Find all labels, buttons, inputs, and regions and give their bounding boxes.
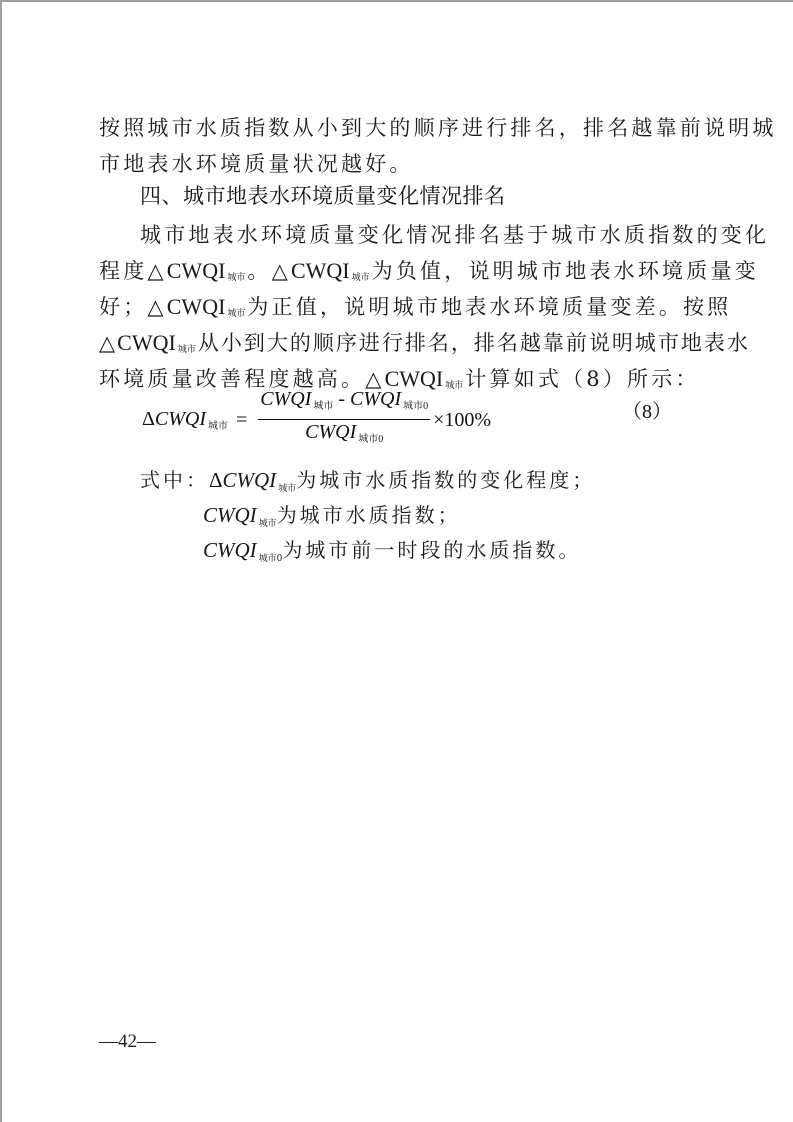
definitions-intro: 式中： (140, 468, 209, 492)
cwqi-variable: CWQI (155, 408, 206, 430)
cwqi-variable: CWQI (203, 538, 257, 562)
text-run: 。△ (247, 259, 291, 283)
cwqi-variable: CWQI (350, 388, 401, 410)
definition-text: 为城市水质指数的变化程度； (296, 468, 595, 492)
equation-number: （8） (622, 395, 672, 424)
cwqi-subscript: 城市 (208, 421, 228, 432)
definition-line-1: 式中：ΔCWQI城市为城市水质指数的变化程度； (140, 464, 595, 494)
delta-symbol: Δ (209, 468, 223, 492)
definition-text: 为城市水质指数； (277, 503, 461, 527)
formula-8: ΔCWQI城市 = CWQI城市 - CWQI城市0 CWQI城市0 ×100% (142, 388, 491, 452)
cwqi-subscript: 城市0 (358, 434, 383, 445)
denominator: CWQI城市0 (305, 420, 383, 452)
cwqi-variable: CWQI (305, 421, 356, 443)
main-paragraph-line-1: 城市地表水环境质量变化情况排名基于城市水质指数的变化 (140, 217, 769, 253)
cwqi-subscript: 城市0 (403, 401, 428, 412)
minus-sign: - (333, 388, 350, 410)
text-run: 计算如式（8）所示： (465, 367, 699, 391)
cwqi-subscript: 城市 (313, 401, 333, 412)
text-run: 从小到大的顺序进行排名，排名越靠前说明城市地表水 (198, 331, 750, 355)
cwqi-subscript: 城市 (259, 519, 277, 529)
intro-paragraph-line-2: 市地表水环境质量状况越好。 (99, 146, 414, 182)
cwqi-subscript: 城市 (178, 345, 196, 355)
numerator: CWQI城市 - CWQI城市0 (258, 388, 430, 420)
cwqi-subscript: 城市0 (259, 554, 283, 564)
document-page: 按照城市水质指数从小到大的顺序进行排名，排名越靠前说明城 市地表水环境质量状况越… (0, 0, 793, 1122)
cwqi-variable: CWQI (117, 330, 176, 355)
cwqi-variable: CWQI (260, 388, 311, 410)
multiplier: ×100% (433, 409, 491, 432)
cwqi-subscript: 城市 (227, 309, 245, 319)
text-run: △ (99, 331, 117, 355)
cwqi-variable: CWQI (167, 294, 226, 319)
section-heading: 四、城市地表水环境质量变化情况排名 (140, 180, 506, 210)
text-run: 好；△ (99, 295, 167, 319)
cwqi-variable: CWQI (291, 258, 350, 283)
definition-text: 为城市前一时段的水质指数。 (282, 538, 581, 562)
cwqi-subscript: 城市 (352, 273, 370, 283)
cwqi-variable: CWQI (167, 258, 226, 283)
equals-sign: = (236, 409, 247, 432)
text-run: 为正值，说明城市地表水环境质量变差。按照 (247, 295, 731, 319)
text-run: 为负值，说明城市地表水环境质量变 (372, 259, 759, 283)
delta-symbol: Δ (142, 408, 155, 430)
cwqi-variable: CWQI (203, 503, 257, 527)
page-number: —42— (99, 1031, 156, 1053)
fraction: CWQI城市 - CWQI城市0 CWQI城市0 (258, 388, 430, 452)
cwqi-variable: CWQI (223, 468, 277, 492)
cwqi-subscript: 城市 (227, 273, 245, 283)
definition-line-3: CWQI城市0为城市前一时段的水质指数。 (203, 534, 581, 564)
formula-lhs: ΔCWQI城市 (142, 408, 228, 432)
intro-paragraph-line-1: 按照城市水质指数从小到大的顺序进行排名，排名越靠前说明城 (99, 110, 777, 146)
cwqi-subscript: 城市 (278, 484, 296, 494)
definition-line-2: CWQI城市为城市水质指数； (203, 499, 461, 529)
text-run: 程度△ (99, 259, 167, 283)
